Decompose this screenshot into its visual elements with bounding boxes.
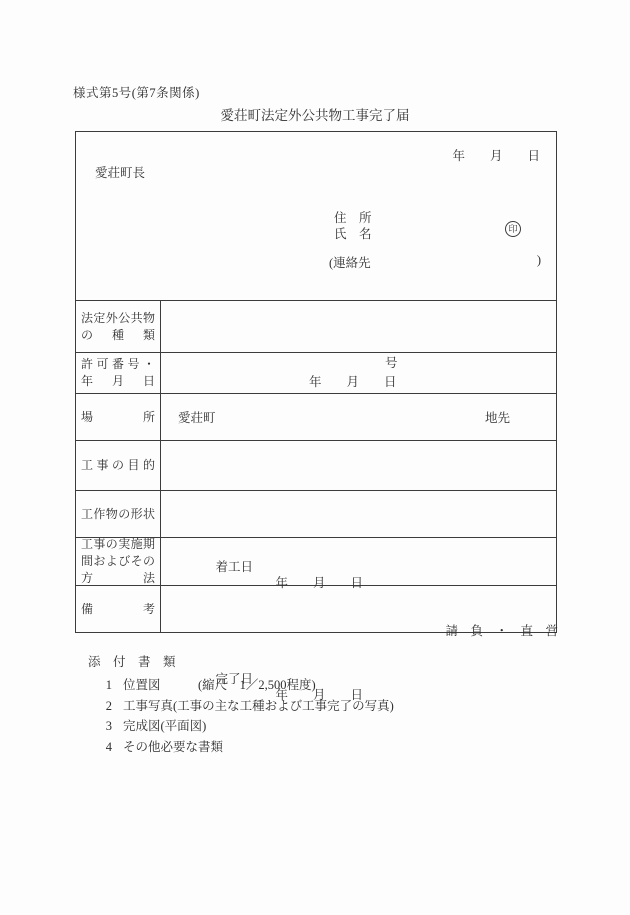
form-box: 年 月 日 愛荘町長 住 所 氏 名 印 (連絡先 ) 法定外公共物 の種類 許… <box>75 131 557 633</box>
attachment-number: 2 <box>103 696 112 717</box>
table-row-type: 法定外公共物 の種類 <box>76 301 556 353</box>
attachment-item: 2 工事写真(工事の主な工種および工事完了の写真) <box>103 696 394 717</box>
row-value-location: 愛荘町 地先 <box>161 394 556 440</box>
location-suffix: 地先 <box>485 408 510 426</box>
attachments-title: 添 付 書 類 <box>88 655 394 670</box>
location-town-prefix: 愛荘町 <box>178 408 216 426</box>
attachment-number: 4 <box>103 737 112 758</box>
attachment-text: 位置図 (縮尺 1／2,500程度) <box>123 675 316 696</box>
row-value-permit: 号 年 月 日 <box>161 353 556 393</box>
name-label: 氏 名 <box>334 224 372 242</box>
row-value-period-method: 着工日 年 月 日 請 負 ・ 直 営 完了日 年 月 日 <box>161 538 558 585</box>
attachment-text: その他必要な書類 <box>123 737 223 758</box>
form-number: 様式第5号(第7条関係) <box>73 83 200 101</box>
row-value-remarks <box>161 586 556 633</box>
start-date-label: 着工日 <box>216 559 254 575</box>
attachment-number: 3 <box>103 716 112 737</box>
permit-number-suffix: 号 <box>161 354 556 373</box>
attachments-list: 1 位置図 (縮尺 1／2,500程度) 2 工事写真(工事の主な工種および工事… <box>103 675 394 757</box>
page-title: 愛荘町法定外公共物工事完了届 <box>0 104 630 124</box>
table-row-structure-shape: 工作物の形状 <box>76 491 556 538</box>
table-row-period-method: 工事の実施期 間およびその 方法 着工日 年 月 日 請 負 ・ 直 営 完了日… <box>76 538 556 586</box>
row-value-purpose <box>161 441 556 490</box>
row-label-purpose: 工事の目的 <box>76 441 161 490</box>
row-label-remarks: 備考 <box>76 586 161 633</box>
row-value-structure-shape <box>161 491 556 537</box>
permit-date-placeholder: 年 月 日 <box>161 373 556 392</box>
attachment-item: 1 位置図 (縮尺 1／2,500程度) <box>103 675 394 696</box>
row-label-structure-shape: 工作物の形状 <box>76 491 161 537</box>
row-label-type: 法定外公共物 の種類 <box>76 301 161 352</box>
form-header: 年 月 日 愛荘町長 住 所 氏 名 印 (連絡先 ) <box>76 132 556 301</box>
contact-close-paren: ) <box>537 253 541 271</box>
seal-character: 印 <box>508 225 517 234</box>
attachment-number: 1 <box>103 675 112 696</box>
table-row-purpose: 工事の目的 <box>76 441 556 491</box>
submission-date-placeholder: 年 月 日 <box>452 146 540 164</box>
seal-mark-icon: 印 <box>505 221 521 237</box>
attachments-section: 添 付 書 類 1 位置図 (縮尺 1／2,500程度) 2 工事写真(工事の主… <box>88 655 394 757</box>
contact-open-label: (連絡先 <box>329 253 371 271</box>
addressee-mayor: 愛荘町長 <box>95 163 145 181</box>
attachment-text: 完成図(平面図) <box>123 716 206 737</box>
form-page: 様式第5号(第7条関係) 愛荘町法定外公共物工事完了届 年 月 日 愛荘町長 住… <box>0 0 630 915</box>
table-row-remarks: 備考 <box>76 586 556 633</box>
contact-field: (連絡先 ) <box>329 253 541 271</box>
attachment-item: 3 完成図(平面図) <box>103 716 394 737</box>
table-row-permit: 許可番号・ 年月日 号 年 月 日 <box>76 353 556 394</box>
row-label-permit: 許可番号・ 年月日 <box>76 353 161 393</box>
attachment-text: 工事写真(工事の主な工種および工事完了の写真) <box>123 696 394 717</box>
row-label-period-method: 工事の実施期 間およびその 方法 <box>76 538 161 585</box>
row-label-location: 場所 <box>76 394 161 440</box>
table-row-location: 場所 愛荘町 地先 <box>76 394 556 441</box>
attachment-item: 4 その他必要な書類 <box>103 737 394 758</box>
row-value-type <box>161 301 556 352</box>
